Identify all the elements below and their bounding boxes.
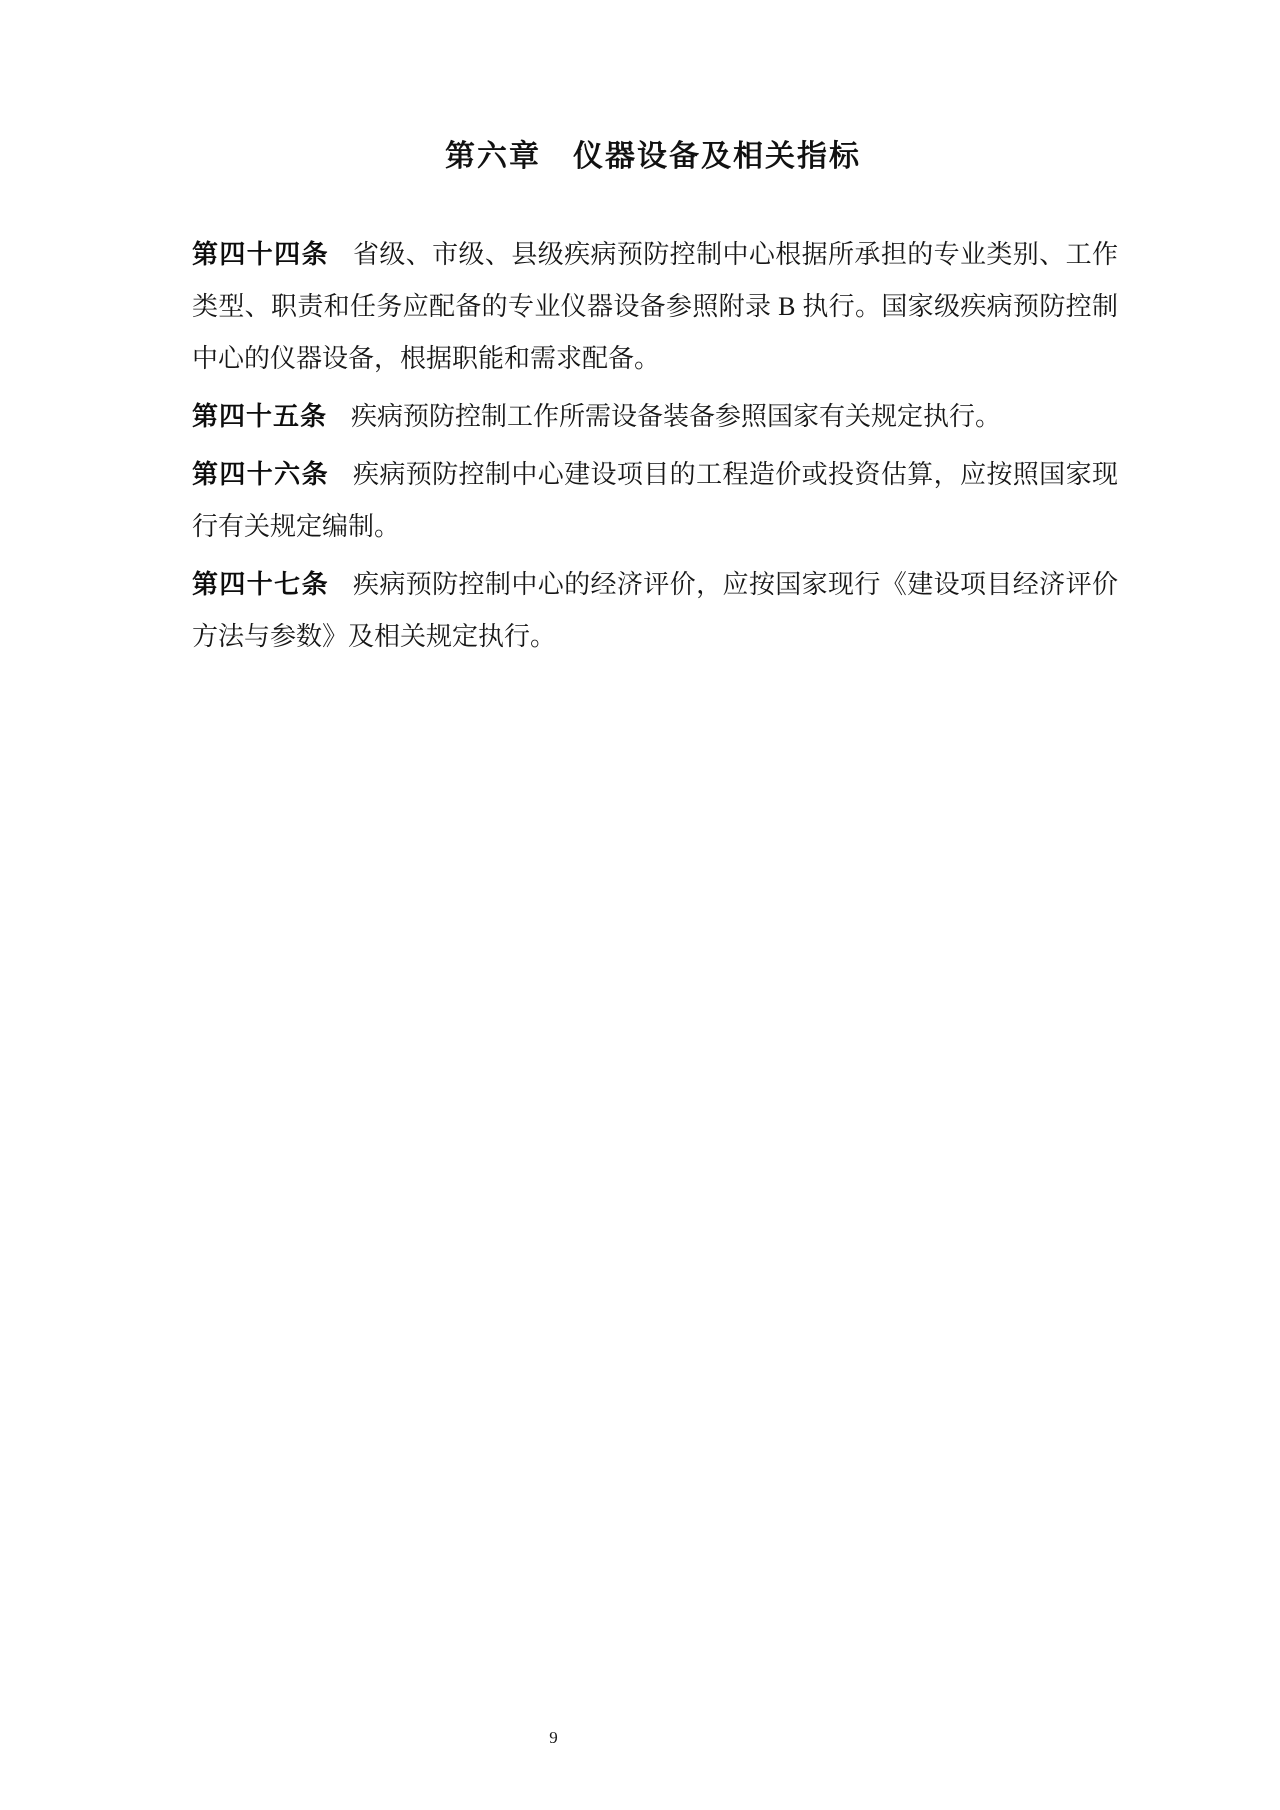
article-paragraph-44: 第四十四条省级、市级、县级疾病预防控制中心根据所承担的专业类别、工作类型、职责和… — [192, 228, 1118, 385]
chapter-title: 第六章 仪器设备及相关指标 — [192, 136, 1114, 178]
article-text: 疾病预防控制中心的经济评价，应按国家现行《建设项目经济评价方法与参数》及相关规定… — [192, 570, 1118, 651]
article-number: 第四十五条 — [192, 401, 327, 431]
article-text: 疾病预防控制工作所需设备装备参照国家有关规定执行。 — [351, 402, 1001, 431]
article-text: 省级、市级、县级疾病预防控制中心根据所承担的专业类别、工作类型、职责和任务应配备… — [192, 240, 1118, 373]
article-paragraph-47: 第四十七条疾病预防控制中心的经济评价，应按国家现行《建设项目经济评价方法与参数》… — [192, 558, 1118, 663]
document-body: 第四十四条省级、市级、县级疾病预防控制中心根据所承担的专业类别、工作类型、职责和… — [192, 228, 1118, 668]
article-paragraph-46: 第四十六条疾病预防控制中心建设项目的工程造价或投资估算，应按照国家现行有关规定编… — [192, 448, 1118, 553]
page-number: 9 — [0, 1727, 1107, 1749]
article-paragraph-45: 第四十五条疾病预防控制工作所需设备装备参照国家有关规定执行。 — [192, 390, 1118, 443]
article-number: 第四十六条 — [192, 459, 329, 489]
document-page: 第六章 仪器设备及相关指标 第四十四条省级、市级、县级疾病预防控制中心根据所承担… — [0, 0, 1280, 1810]
article-number: 第四十七条 — [192, 569, 329, 599]
article-number: 第四十四条 — [192, 239, 329, 269]
article-text: 疾病预防控制中心建设项目的工程造价或投资估算，应按照国家现行有关规定编制。 — [192, 460, 1118, 541]
